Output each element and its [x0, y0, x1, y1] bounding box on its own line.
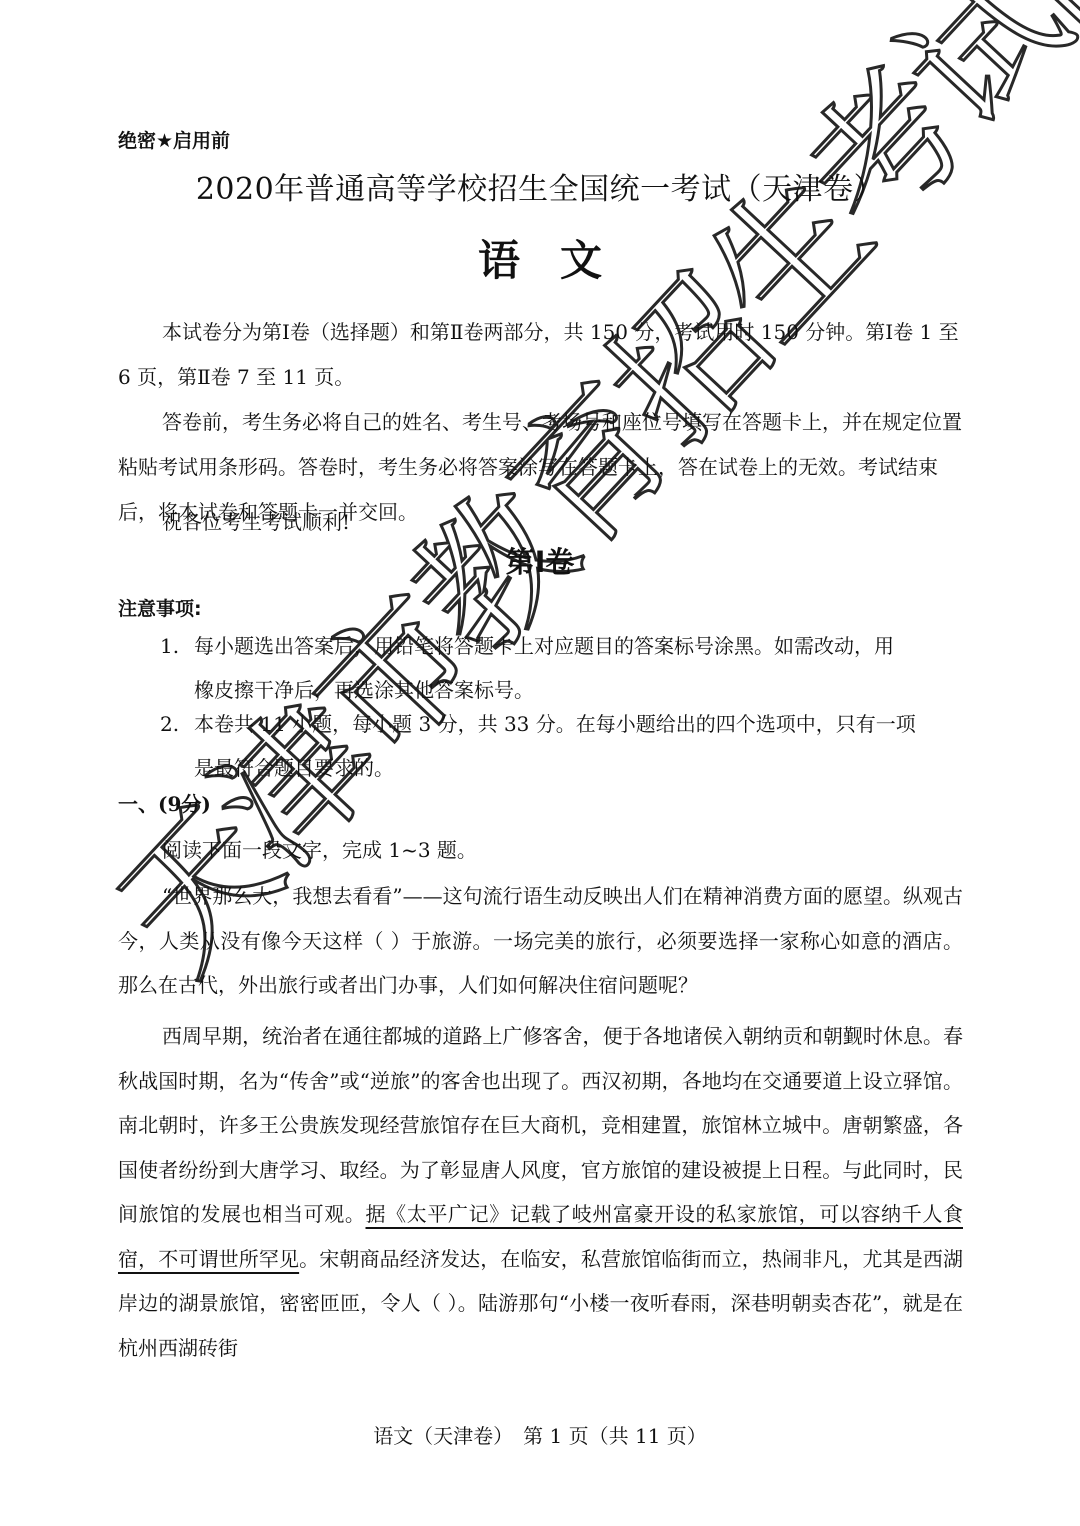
- section-heading: 一、(9分): [118, 788, 211, 817]
- passage-paragraph-2: 西周早期，统治者在通往都城的道路上广修客舍，便于各地诸侯入朝纳贡和朝觐时休息。春…: [118, 1014, 963, 1370]
- reading-instruction: 阅读下面一段文字，完成 1~3 题。: [118, 828, 963, 873]
- notice-text: 本卷共 11 小题，每小题 3 分，共 33 分。在每小题给出的四个选项中，只有…: [194, 712, 916, 736]
- notice-text-continued: 是最符合题目要求的。: [160, 746, 965, 790]
- notice-text: 每小题选出答案后，用铅笔将答题卡上对应题目的答案标号涂黑。如需改动，用: [194, 634, 894, 658]
- passage-text: 西周早期，统治者在通往都城的道路上广修客舍，便于各地诸侯入朝纳贡和朝觐时休息。春…: [118, 1024, 963, 1226]
- exam-page: 绝密★启用前 2020年普通高等学校招生全国统一考试（天津卷） 语文 本试卷分为…: [0, 0, 1080, 1526]
- page-footer: 语文（天津卷） 第 1 页（共 11 页）: [0, 1420, 1080, 1449]
- notice-title: 注意事项:: [118, 594, 202, 621]
- intro-paragraph-structure: 本试卷分为第Ⅰ卷（选择题）和第Ⅱ卷两部分，共 150 分，考试用时 150 分钟…: [118, 310, 963, 400]
- subject-title: 语文: [0, 228, 1080, 288]
- confidential-label: 绝密★启用前: [118, 126, 230, 153]
- notice-number: 1.: [160, 624, 194, 668]
- intro-paragraph-wishes: 祝各位考生考试顺利!: [118, 500, 963, 545]
- passage-paragraph-1: “世界那么大，我想去看看”——这句流行语生动反映出人们在精神消费方面的愿望。纵观…: [118, 874, 963, 1008]
- notice-item: 1.每小题选出答案后，用铅笔将答题卡上对应题目的答案标号涂黑。如需改动，用 橡皮…: [160, 624, 965, 712]
- volume-heading: 第Ⅰ卷: [0, 540, 1080, 581]
- exam-title: 2020年普通高等学校招生全国统一考试（天津卷）: [0, 164, 1080, 208]
- notice-number: 2.: [160, 702, 194, 746]
- notice-item: 2.本卷共 11 小题，每小题 3 分，共 33 分。在每小题给出的四个选项中，…: [160, 702, 965, 790]
